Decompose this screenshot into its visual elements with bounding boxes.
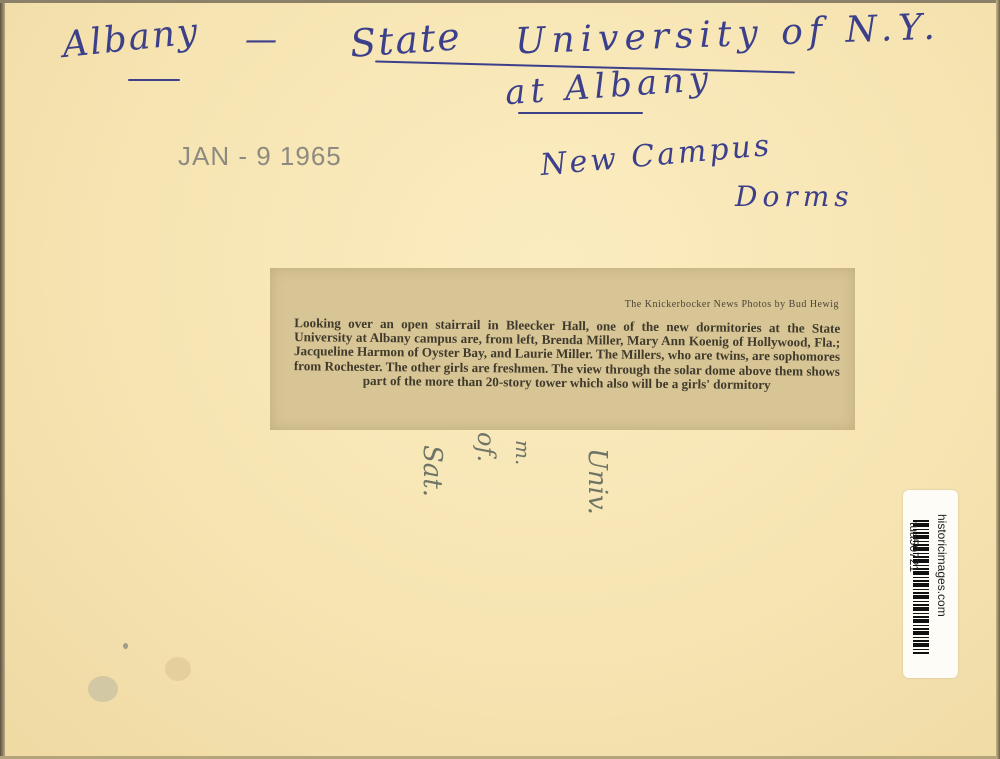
handwriting-dash: — (245, 20, 279, 58)
handwriting-albany: Albany (60, 11, 201, 66)
pencil-note-m: m. (511, 440, 535, 465)
stain-spot (123, 643, 128, 649)
date-stamp: JAN - 9 1965 (178, 141, 342, 172)
clipping-caption: Looking over an open stairrail in Bleeck… (294, 316, 841, 393)
handwriting-at-albany: at Albany (504, 59, 715, 113)
pencil-note-of: of. (472, 432, 500, 462)
underline-albany (128, 79, 180, 81)
underline-at-albany (518, 112, 643, 114)
newspaper-clipping: The Knickerbocker News Photos by Bud Hew… (270, 268, 855, 430)
top-edge (0, 0, 1000, 3)
barcode-label: historicimages.com tua50721 (903, 490, 958, 678)
handwriting-university: University of N.Y. (514, 7, 941, 63)
photo-back-paper: Albany — State University of N.Y. at Alb… (0, 0, 1000, 759)
pencil-note-univ: Univ. (582, 448, 612, 515)
pencil-note-sat: Sat. (417, 445, 447, 497)
stain-spot (165, 657, 191, 681)
handwriting-dorms: Dorms (735, 180, 854, 213)
handwriting-state: State (349, 14, 464, 66)
stain-spot (88, 676, 118, 702)
label-site-text: historicimages.com (935, 514, 949, 617)
photo-credit: The Knickerbocker News Photos by Bud Hew… (625, 299, 839, 310)
label-code-text: tua50721 (907, 522, 921, 572)
handwriting-new-campus: New Campus (539, 128, 774, 183)
